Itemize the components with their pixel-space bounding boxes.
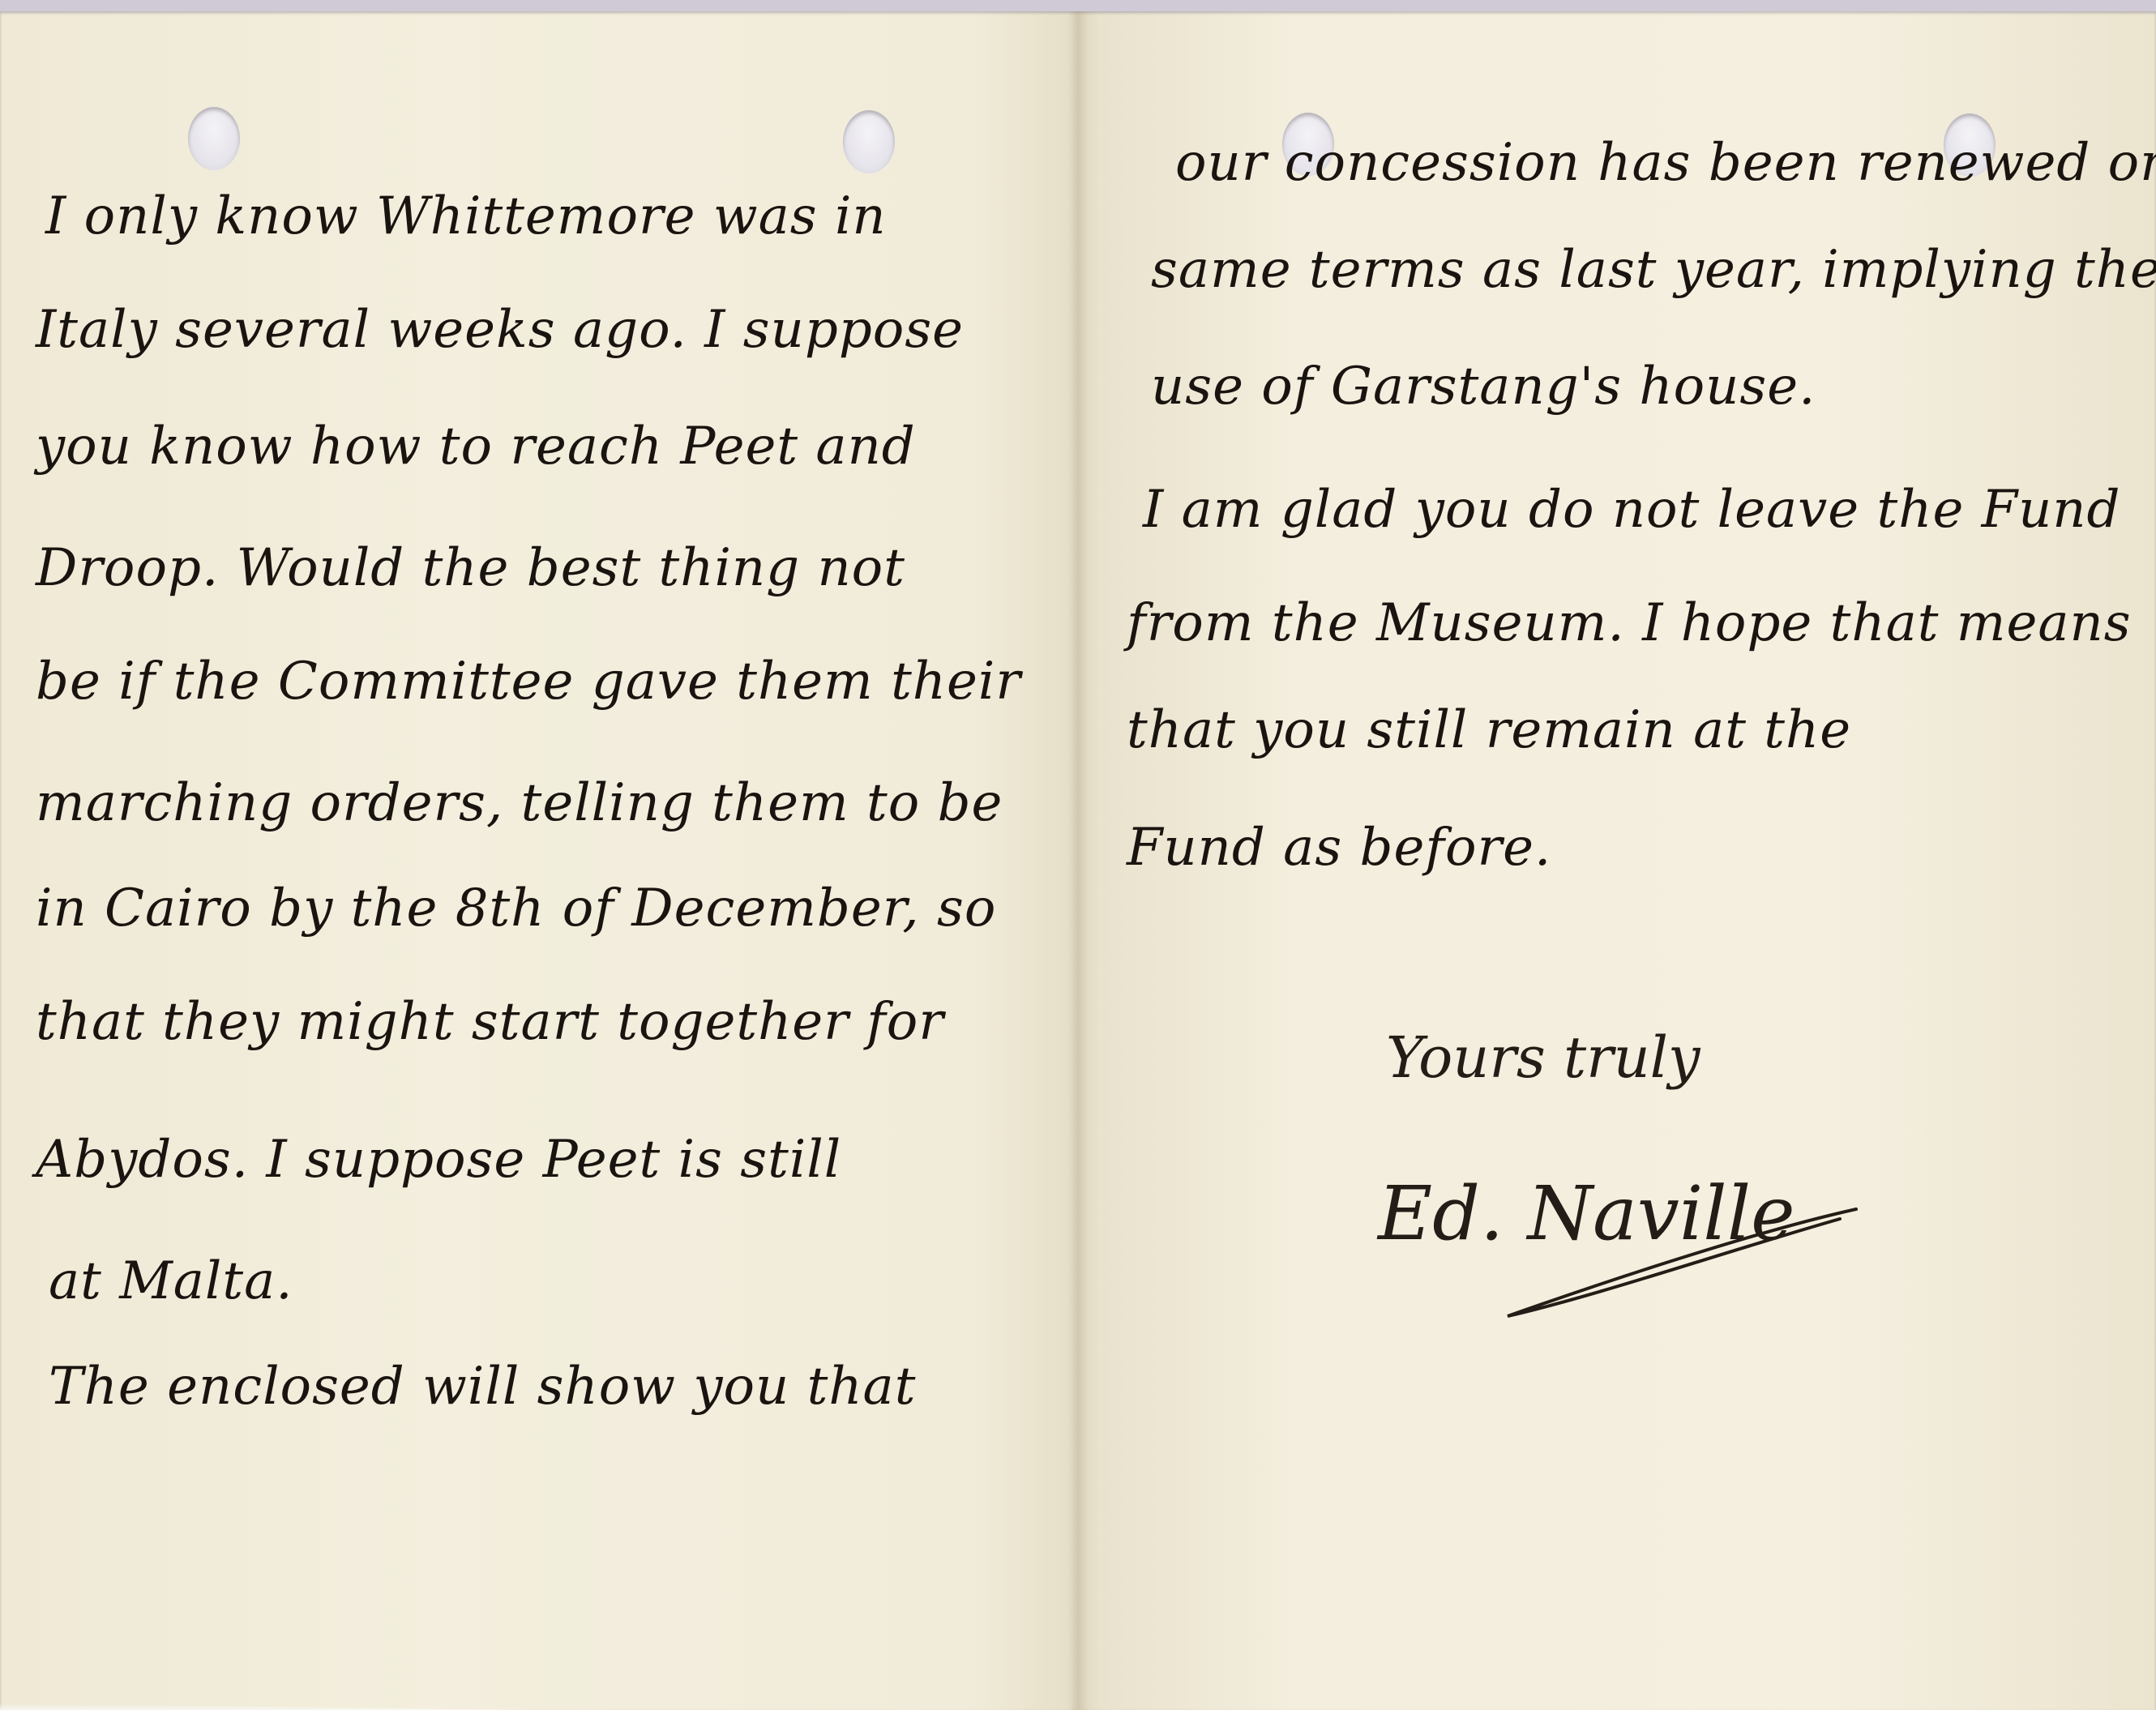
left-page: I only know Whittemore was in Italy seve…	[0, 11, 1078, 1710]
signature-flourish-icon	[1483, 1195, 1864, 1324]
letter-line: The enclosed will show you that	[49, 1357, 916, 1417]
letter-sheet: I only know Whittemore was in Italy seve…	[0, 11, 2156, 1710]
closing: Yours truly	[1386, 1024, 1700, 1091]
letter-line: use of Garstang's house.	[1151, 357, 1816, 417]
letter-line: from the Museum. I hope that means	[1127, 593, 2132, 653]
letter-line: at Malta.	[49, 1251, 293, 1311]
letter-line: in Cairo by the 8th of December, so	[36, 879, 996, 938]
letter-line: Droop. Would the best thing not	[36, 538, 905, 598]
letter-line: Fund as before.	[1127, 818, 1551, 878]
letter-line: same terms as last year, implying the	[1151, 240, 2156, 300]
letter-line: Italy several weeks ago. I suppose	[36, 300, 964, 360]
letter-line: be if the Committee gave them their	[36, 652, 1021, 712]
letter-line: our concession has been renewed on the	[1175, 133, 2156, 193]
letter-line: that they might start together for	[36, 992, 944, 1052]
letter-line: I am glad you do not leave the Fund	[1143, 480, 2120, 540]
letter-line: marching orders, telling them to be	[36, 773, 1003, 833]
letter-line: you know how to reach Peet and	[36, 417, 916, 477]
letter-line: that you still remain at the	[1127, 700, 1851, 760]
right-page: our concession has been renewed on the s…	[1078, 11, 2156, 1710]
letter-line: Abydos. I suppose Peet is still	[36, 1130, 841, 1190]
letter-line: I only know Whittemore was in	[45, 186, 887, 246]
